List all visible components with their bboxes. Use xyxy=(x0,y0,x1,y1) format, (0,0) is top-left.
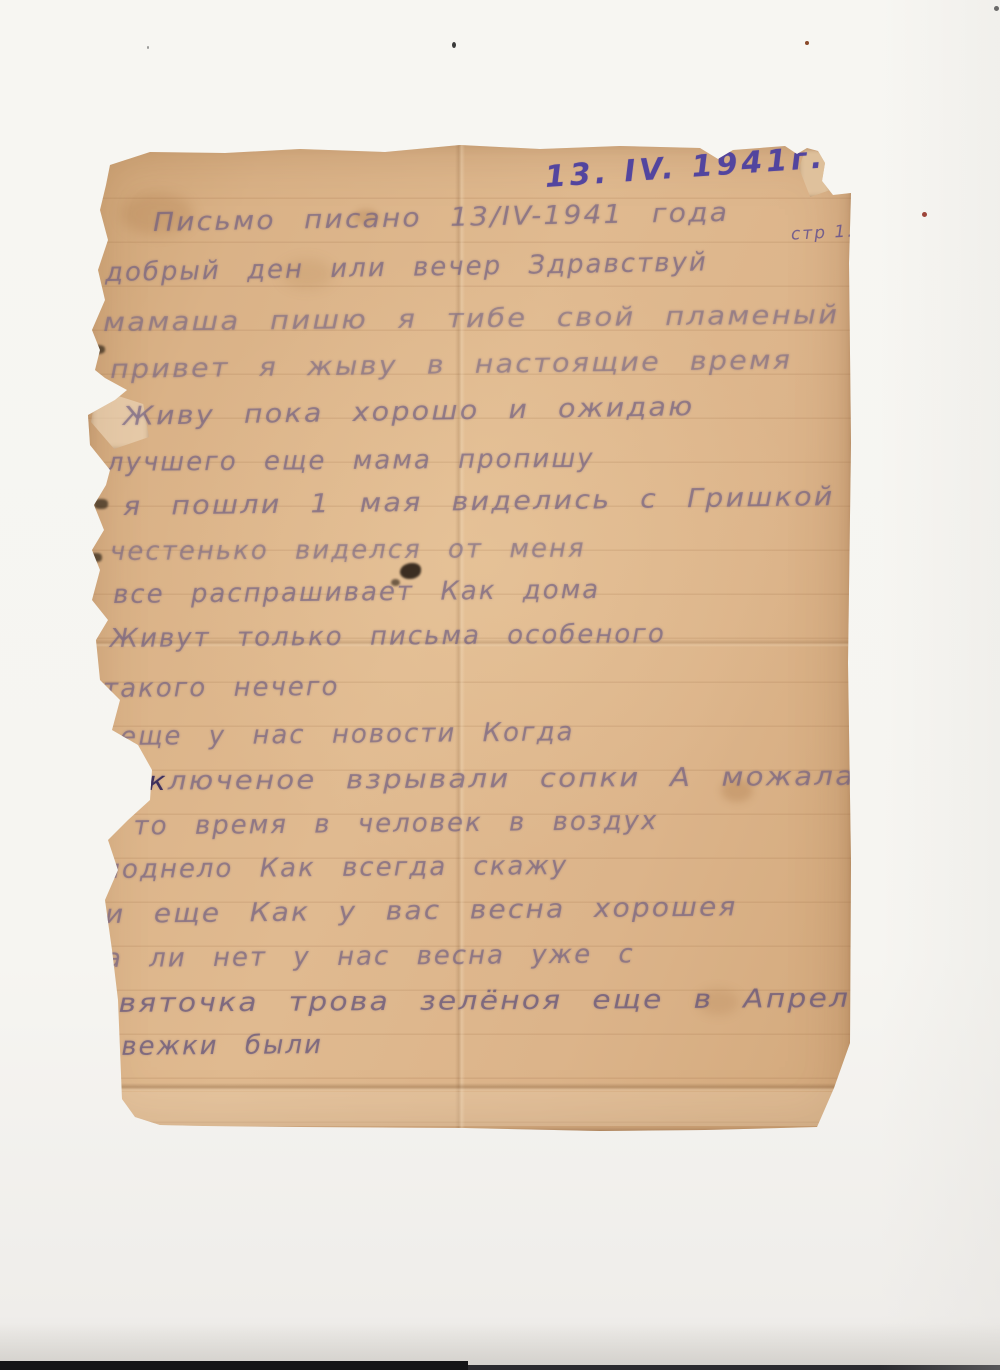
page-number-annotation: стр 1. xyxy=(791,223,855,243)
overwritten-word: Зак xyxy=(107,768,168,798)
handwriting-line: лучшего еще мама пропишу xyxy=(107,445,595,479)
dust-speck xyxy=(147,46,149,49)
handwriting-line: такого нечего xyxy=(103,673,340,705)
handwriting-line: Заключеное взрывали сопки А можала xyxy=(107,763,855,798)
edge-dark-mark xyxy=(94,499,108,509)
letter-paper: 13. IV. 1941г. стр 1. Письмо писано 13/I… xyxy=(85,143,851,1133)
scanner-strip xyxy=(0,1361,468,1370)
dust-speck xyxy=(922,212,927,217)
handwriting-line: а ли нет у нас весна уже с xyxy=(105,940,635,975)
edge-dark-mark xyxy=(90,553,102,562)
handwriting-line: в то время в человек в воздух xyxy=(90,807,659,843)
scanner-bottom-shadow xyxy=(0,1323,1000,1365)
dust-speck xyxy=(452,42,456,48)
handwriting-line: Живут только письма особеного xyxy=(110,620,666,655)
handwriting-line: еще у нас новости Когда xyxy=(120,718,575,753)
handwriting-line: свежки были xyxy=(105,1031,323,1063)
scanner-background: 13. IV. 1941г. стр 1. Письмо писано 13/I… xyxy=(0,0,1000,1370)
handwriting-line: поднело Как всегда скажу xyxy=(103,852,568,886)
dust-speck xyxy=(994,6,999,11)
edge-dark-mark xyxy=(87,609,97,624)
handwriting-line: святочка трова зелёноя еще в Апреле xyxy=(100,985,871,1020)
handwriting-line: все распрашивает Как дома xyxy=(113,576,600,611)
dust-speck xyxy=(805,41,809,45)
edge-dark-mark xyxy=(89,345,105,354)
fold-light-band xyxy=(85,1092,851,1126)
handwriting-line: честенько виделся от меня xyxy=(110,535,586,568)
